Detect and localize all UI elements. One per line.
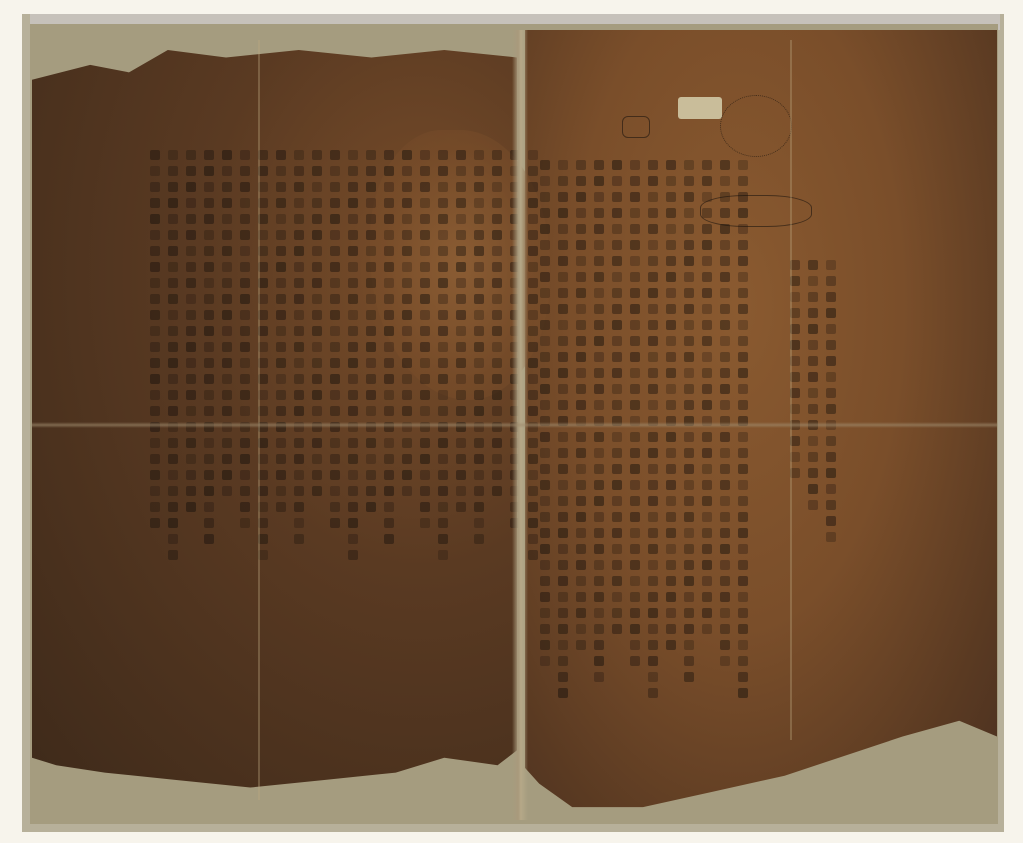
character: [168, 166, 178, 176]
character: [204, 198, 214, 208]
character: [150, 246, 160, 256]
character: [594, 272, 604, 282]
character: [612, 384, 622, 394]
character: [738, 560, 748, 570]
character: [648, 544, 658, 554]
character: [456, 230, 466, 240]
character: [738, 592, 748, 602]
character: [666, 272, 676, 282]
character: [738, 624, 748, 634]
character: [438, 230, 448, 240]
character: [808, 388, 818, 398]
character: [384, 214, 394, 224]
character: [630, 592, 640, 602]
character: [402, 486, 412, 496]
character: [366, 262, 376, 272]
character: [702, 544, 712, 554]
horizontal-fold: [32, 422, 997, 428]
character: [558, 256, 568, 266]
character: [492, 342, 502, 352]
character: [150, 342, 160, 352]
character: [720, 208, 730, 218]
character: [168, 342, 178, 352]
character: [168, 326, 178, 336]
character: [826, 484, 836, 494]
character: [204, 470, 214, 480]
character: [630, 480, 640, 490]
character: [330, 294, 340, 304]
character: [294, 390, 304, 400]
character: [528, 550, 538, 560]
character: [738, 176, 748, 186]
character: [738, 256, 748, 266]
character: [294, 214, 304, 224]
character: [150, 518, 160, 528]
character: [738, 288, 748, 298]
character: [666, 576, 676, 586]
character: [738, 160, 748, 170]
character: [576, 288, 586, 298]
character: [294, 246, 304, 256]
character: [204, 230, 214, 240]
character: [366, 454, 376, 464]
character: [576, 576, 586, 586]
character: [312, 310, 322, 320]
character: [492, 486, 502, 496]
character: [402, 342, 412, 352]
character: [438, 182, 448, 192]
character: [702, 320, 712, 330]
text-column: [474, 150, 484, 560]
character: [186, 214, 196, 224]
text-column: [702, 160, 712, 698]
character: [648, 192, 658, 202]
character: [540, 208, 550, 218]
character: [558, 688, 568, 698]
character: [384, 518, 394, 528]
character: [330, 454, 340, 464]
character: [630, 576, 640, 586]
character: [612, 288, 622, 298]
character: [648, 464, 658, 474]
character: [240, 486, 250, 496]
character: [150, 278, 160, 288]
character: [666, 448, 676, 458]
character: [402, 214, 412, 224]
character: [826, 516, 836, 526]
character: [576, 176, 586, 186]
character: [738, 496, 748, 506]
character: [294, 294, 304, 304]
character: [456, 342, 466, 352]
character: [402, 182, 412, 192]
text-column: [204, 150, 214, 560]
character: [348, 358, 358, 368]
character: [474, 310, 484, 320]
character: [684, 464, 694, 474]
character: [540, 160, 550, 170]
character: [612, 528, 622, 538]
character: [540, 608, 550, 618]
character: [528, 374, 538, 384]
character: [594, 192, 604, 202]
character: [684, 336, 694, 346]
character: [576, 240, 586, 250]
tree-illustration: [720, 95, 792, 157]
character: [720, 320, 730, 330]
character: [366, 374, 376, 384]
character: [222, 374, 232, 384]
character: [684, 384, 694, 394]
character: [684, 224, 694, 234]
character: [402, 438, 412, 448]
character: [276, 438, 286, 448]
crease-line: [790, 40, 792, 740]
character: [312, 374, 322, 384]
character: [558, 368, 568, 378]
character: [420, 390, 430, 400]
character: [402, 166, 412, 176]
character: [612, 368, 622, 378]
character: [204, 438, 214, 448]
character: [384, 358, 394, 368]
character: [540, 576, 550, 586]
character: [276, 230, 286, 240]
character: [312, 198, 322, 208]
character: [294, 150, 304, 160]
character: [240, 310, 250, 320]
character: [738, 400, 748, 410]
character: [576, 544, 586, 554]
character: [808, 308, 818, 318]
character: [384, 150, 394, 160]
character: [576, 528, 586, 538]
character: [438, 390, 448, 400]
character: [594, 656, 604, 666]
character: [702, 448, 712, 458]
character: [702, 624, 712, 634]
character: [168, 214, 178, 224]
character: [240, 342, 250, 352]
character: [276, 374, 286, 384]
character: [648, 352, 658, 362]
character: [168, 230, 178, 240]
character: [666, 640, 676, 650]
character: [738, 304, 748, 314]
character: [438, 502, 448, 512]
character: [630, 224, 640, 234]
character: [558, 192, 568, 202]
character: [474, 470, 484, 480]
character: [612, 496, 622, 506]
character: [312, 342, 322, 352]
character: [366, 470, 376, 480]
character: [168, 294, 178, 304]
text-column: [738, 160, 748, 698]
character: [348, 262, 358, 272]
character: [420, 438, 430, 448]
character: [456, 470, 466, 480]
character: [720, 368, 730, 378]
text-column: [240, 150, 250, 560]
text-column: [348, 150, 358, 560]
character: [420, 486, 430, 496]
character: [540, 544, 550, 554]
character: [648, 512, 658, 522]
text-column: [492, 150, 502, 560]
character: [366, 294, 376, 304]
character: [420, 182, 430, 192]
character: [474, 518, 484, 528]
character: [168, 438, 178, 448]
character: [348, 550, 358, 560]
character: [420, 246, 430, 256]
character: [186, 262, 196, 272]
character: [738, 672, 748, 682]
character: [826, 260, 836, 270]
character: [312, 166, 322, 176]
character: [204, 534, 214, 544]
character: [594, 592, 604, 602]
text-column: [648, 160, 658, 698]
text-column: [612, 160, 622, 698]
character: [438, 198, 448, 208]
character: [702, 288, 712, 298]
character: [312, 262, 322, 272]
character: [348, 310, 358, 320]
character: [612, 304, 622, 314]
character: [684, 400, 694, 410]
character: [826, 500, 836, 510]
character: [456, 166, 466, 176]
character: [330, 182, 340, 192]
character: [204, 502, 214, 512]
character: [558, 672, 568, 682]
character: [684, 544, 694, 554]
character: [456, 294, 466, 304]
character: [720, 608, 730, 618]
character: [240, 502, 250, 512]
character: [222, 310, 232, 320]
character: [312, 278, 322, 288]
character: [738, 432, 748, 442]
character: [420, 230, 430, 240]
character: [528, 262, 538, 272]
character: [630, 640, 640, 650]
character: [492, 294, 502, 304]
character: [528, 534, 538, 544]
text-column: [720, 160, 730, 698]
character: [186, 374, 196, 384]
character: [384, 278, 394, 288]
character: [826, 372, 836, 382]
character: [348, 518, 358, 528]
character: [294, 342, 304, 352]
character: [150, 390, 160, 400]
character: [666, 592, 676, 602]
character: [630, 160, 640, 170]
character: [402, 262, 412, 272]
character: [240, 294, 250, 304]
character: [240, 454, 250, 464]
character: [240, 150, 250, 160]
character: [684, 240, 694, 250]
character: [312, 454, 322, 464]
text-column: [294, 150, 304, 560]
character: [276, 358, 286, 368]
character: [438, 550, 448, 560]
character: [276, 166, 286, 176]
character: [474, 150, 484, 160]
character: [738, 320, 748, 330]
character: [540, 480, 550, 490]
character: [186, 198, 196, 208]
character: [576, 608, 586, 618]
character: [648, 528, 658, 538]
character: [720, 272, 730, 282]
character: [330, 310, 340, 320]
character: [456, 502, 466, 512]
character: [420, 198, 430, 208]
character: [648, 400, 658, 410]
character: [294, 374, 304, 384]
character: [492, 166, 502, 176]
character: [666, 336, 676, 346]
text-column: [168, 150, 178, 560]
character: [576, 160, 586, 170]
character: [204, 326, 214, 336]
character: [826, 388, 836, 398]
character: [666, 544, 676, 554]
left-text-block: [150, 150, 538, 560]
character: [330, 342, 340, 352]
character: [204, 390, 214, 400]
character: [576, 272, 586, 282]
character: [702, 176, 712, 186]
character: [330, 230, 340, 240]
character: [702, 528, 712, 538]
character: [474, 326, 484, 336]
character: [186, 326, 196, 336]
character: [492, 326, 502, 336]
character: [720, 576, 730, 586]
character: [402, 246, 412, 256]
character: [474, 534, 484, 544]
character: [612, 176, 622, 186]
character: [630, 192, 640, 202]
character: [630, 544, 640, 554]
character: [204, 518, 214, 528]
character: [648, 480, 658, 490]
character: [150, 326, 160, 336]
character: [204, 262, 214, 272]
character: [576, 592, 586, 602]
character: [576, 624, 586, 634]
character: [222, 406, 232, 416]
character: [330, 262, 340, 272]
character: [594, 368, 604, 378]
character: [474, 182, 484, 192]
character: [438, 310, 448, 320]
character: [474, 230, 484, 240]
character: [366, 150, 376, 160]
character: [630, 352, 640, 362]
character: [648, 432, 658, 442]
character: [558, 288, 568, 298]
character: [366, 438, 376, 448]
character: [630, 272, 640, 282]
character: [366, 230, 376, 240]
character: [420, 342, 430, 352]
character: [294, 326, 304, 336]
text-column: [558, 160, 568, 698]
character: [222, 326, 232, 336]
character: [366, 166, 376, 176]
character: [186, 310, 196, 320]
character: [420, 294, 430, 304]
character: [684, 480, 694, 490]
character: [702, 512, 712, 522]
text-column: [576, 160, 586, 698]
character: [168, 246, 178, 256]
character: [438, 406, 448, 416]
character: [684, 272, 694, 282]
character: [528, 198, 538, 208]
character: [240, 470, 250, 480]
character: [558, 448, 568, 458]
character: [702, 256, 712, 266]
character: [294, 454, 304, 464]
character: [612, 480, 622, 490]
character: [612, 576, 622, 586]
character: [240, 374, 250, 384]
character: [240, 198, 250, 208]
character: [738, 224, 748, 234]
character: [720, 624, 730, 634]
character: [312, 214, 322, 224]
character: [594, 160, 604, 170]
character: [474, 438, 484, 448]
character: [348, 374, 358, 384]
character: [684, 576, 694, 586]
character: [312, 438, 322, 448]
character: [720, 176, 730, 186]
character: [276, 470, 286, 480]
character: [826, 292, 836, 302]
character: [630, 496, 640, 506]
character: [612, 208, 622, 218]
character: [222, 342, 232, 352]
character: [702, 336, 712, 346]
character: [402, 310, 412, 320]
character: [738, 544, 748, 554]
character: [294, 182, 304, 192]
character: [666, 288, 676, 298]
character: [558, 576, 568, 586]
character: [576, 192, 586, 202]
character: [612, 464, 622, 474]
character: [630, 624, 640, 634]
character: [438, 246, 448, 256]
character: [150, 502, 160, 512]
character: [684, 592, 694, 602]
character: [594, 464, 604, 474]
character: [684, 432, 694, 442]
far-right-text-block: [790, 260, 836, 542]
character: [594, 240, 604, 250]
character: [150, 198, 160, 208]
character: [826, 356, 836, 366]
